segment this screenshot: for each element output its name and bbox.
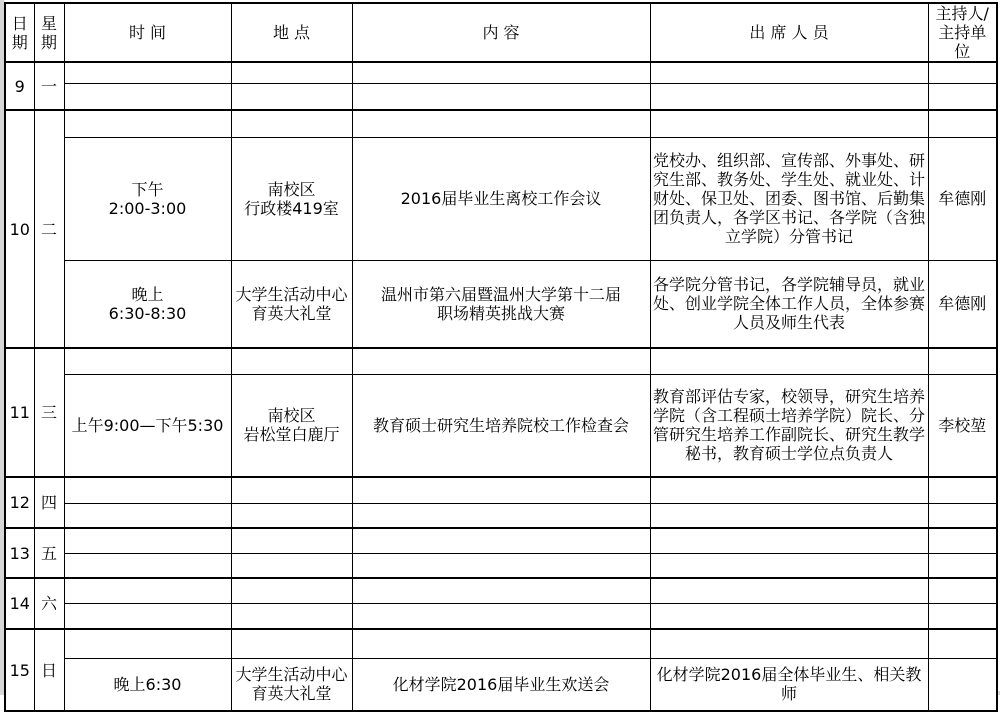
header-date: 日 期 — [5, 3, 34, 62]
empty-cell — [650, 603, 928, 629]
empty-cell — [650, 348, 928, 374]
cell-attendees: 教育部评估专家，校领导，研究生培养学院（含工程硕士培养学院）院长、分管研究生培养… — [650, 374, 928, 477]
table-row: 晚上 6:30-8:30 大学生活动中心 育英大礼堂 温州市第六届暨温州大学第十… — [5, 260, 997, 348]
table-row: 12 四 — [5, 477, 997, 503]
empty-cell — [928, 603, 997, 629]
header-time: 时 间 — [64, 3, 231, 62]
empty-cell — [231, 603, 352, 629]
empty-cell — [352, 348, 650, 374]
cell-host — [928, 658, 997, 711]
cell-host: 李校堃 — [928, 374, 997, 477]
header-place: 地 点 — [231, 3, 352, 62]
empty-cell — [352, 553, 650, 578]
cell-date: 14 — [5, 578, 34, 629]
table-row — [5, 553, 997, 578]
header-row: 日 期 星 期 时 间 地 点 内 容 出 席 人 员 主持人/ 主持单位 — [5, 3, 997, 62]
empty-cell — [352, 503, 650, 528]
cell-week: 日 — [34, 629, 64, 711]
header-attendees: 出 席 人 员 — [650, 3, 928, 62]
empty-cell — [231, 477, 352, 503]
header-week: 星 期 — [34, 3, 64, 62]
empty-cell — [928, 553, 997, 578]
empty-cell — [650, 477, 928, 503]
table-row — [5, 83, 997, 110]
empty-cell — [64, 62, 231, 83]
empty-cell — [928, 528, 997, 553]
empty-cell — [650, 578, 928, 603]
empty-cell — [231, 578, 352, 603]
cell-attendees: 各学院分管书记，各学院辅导员，就业处、创业学院全体工作人员，全体参赛人员及师生代… — [650, 260, 928, 348]
header-host: 主持人/ 主持单位 — [928, 3, 997, 62]
empty-cell — [231, 553, 352, 578]
cell-date: 10 — [5, 110, 34, 348]
empty-cell — [650, 528, 928, 553]
empty-cell — [352, 578, 650, 603]
cell-attendees: 化材学院2016届全体毕业生、相关教师 — [650, 658, 928, 711]
empty-cell — [650, 62, 928, 83]
header-content: 内 容 — [352, 3, 650, 62]
empty-cell — [650, 83, 928, 110]
empty-cell — [928, 62, 997, 83]
empty-cell — [231, 83, 352, 110]
cell-week: 六 — [34, 578, 64, 629]
empty-cell — [64, 528, 231, 553]
empty-cell — [64, 348, 231, 374]
empty-cell — [231, 629, 352, 658]
table-row: 9 一 — [5, 62, 997, 83]
empty-cell — [650, 110, 928, 137]
cell-time: 下午 2:00-3:00 — [64, 137, 231, 260]
cell-attendees: 党校办、组织部、宣传部、外事处、研究生部、教务处、学生处、就业处、计财处、保卫处… — [650, 137, 928, 260]
cell-host: 牟德刚 — [928, 137, 997, 260]
empty-cell — [352, 110, 650, 137]
empty-cell — [64, 503, 231, 528]
table-row: 10 二 — [5, 110, 997, 137]
table-row — [5, 603, 997, 629]
empty-cell — [928, 110, 997, 137]
cell-time: 上午9:00—下午5:30 — [64, 374, 231, 477]
table-row: 上午9:00—下午5:30 南校区 岩松堂白鹿厅 教育硕士研究生培养院校工作检查… — [5, 374, 997, 477]
table-row — [5, 503, 997, 528]
cell-host: 牟德刚 — [928, 260, 997, 348]
cell-week: 四 — [34, 477, 64, 528]
empty-cell — [650, 503, 928, 528]
empty-cell — [928, 578, 997, 603]
empty-cell — [352, 477, 650, 503]
schedule-table: 日 期 星 期 时 间 地 点 内 容 出 席 人 员 主持人/ 主持单位 9 … — [4, 2, 998, 712]
cell-date: 11 — [5, 348, 34, 477]
cell-week: 五 — [34, 528, 64, 578]
cell-content: 化材学院2016届毕业生欢送会 — [352, 658, 650, 711]
empty-cell — [64, 83, 231, 110]
cell-place: 大学生活动中心 育英大礼堂 — [231, 260, 352, 348]
empty-cell — [231, 503, 352, 528]
cell-week: 一 — [34, 62, 64, 110]
cell-time: 晚上 6:30-8:30 — [64, 260, 231, 348]
empty-cell — [231, 528, 352, 553]
table-row: 14 六 — [5, 578, 997, 603]
empty-cell — [64, 477, 231, 503]
table-row: 13 五 — [5, 528, 997, 553]
cell-content: 2016届毕业生离校工作会议 — [352, 137, 650, 260]
empty-cell — [352, 83, 650, 110]
cell-place: 大学生活动中心 育英大礼堂 — [231, 658, 352, 711]
empty-cell — [928, 477, 997, 503]
empty-cell — [352, 528, 650, 553]
cell-place: 南校区 行政楼419室 — [231, 137, 352, 260]
empty-cell — [64, 603, 231, 629]
table-row: 15 日 — [5, 629, 997, 658]
cell-date: 12 — [5, 477, 34, 528]
empty-cell — [352, 62, 650, 83]
table-row: 11 三 — [5, 348, 997, 374]
empty-cell — [650, 553, 928, 578]
empty-cell — [64, 110, 231, 137]
empty-cell — [928, 83, 997, 110]
empty-cell — [64, 553, 231, 578]
cell-week: 二 — [34, 110, 64, 348]
table-row: 下午 2:00-3:00 南校区 行政楼419室 2016届毕业生离校工作会议 … — [5, 137, 997, 260]
empty-cell — [231, 110, 352, 137]
table-row: 晚上6:30 大学生活动中心 育英大礼堂 化材学院2016届毕业生欢送会 化材学… — [5, 658, 997, 711]
cell-date: 15 — [5, 629, 34, 711]
cell-place: 南校区 岩松堂白鹿厅 — [231, 374, 352, 477]
empty-cell — [64, 578, 231, 603]
empty-cell — [928, 503, 997, 528]
cell-week: 三 — [34, 348, 64, 477]
empty-cell — [231, 348, 352, 374]
empty-cell — [352, 603, 650, 629]
cell-date: 13 — [5, 528, 34, 578]
empty-cell — [352, 629, 650, 658]
cell-date: 9 — [5, 62, 34, 110]
cell-content: 温州市第六届暨温州大学第十二届 职场精英挑战大赛 — [352, 260, 650, 348]
empty-cell — [231, 62, 352, 83]
cell-time: 晚上6:30 — [64, 658, 231, 711]
empty-cell — [650, 629, 928, 658]
empty-cell — [928, 629, 997, 658]
empty-cell — [928, 348, 997, 374]
cell-content: 教育硕士研究生培养院校工作检查会 — [352, 374, 650, 477]
empty-cell — [64, 629, 231, 658]
